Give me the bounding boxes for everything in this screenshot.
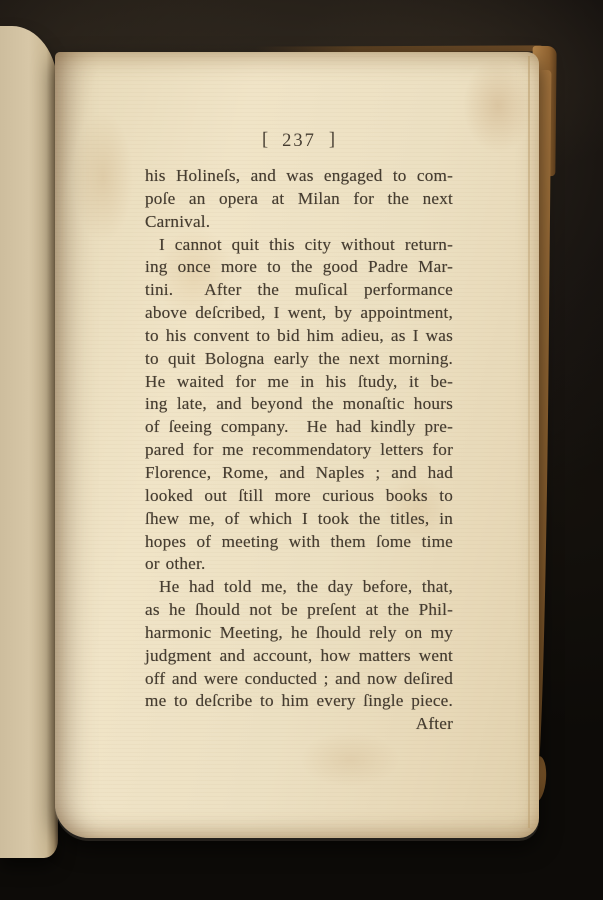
text-line: his Holineſs, and was engaged to com- [145, 165, 453, 188]
text-line: as he ſhould not be preſent at the Phil- [145, 599, 453, 622]
paper-stain [73, 112, 133, 242]
text-line: He had told me, the day before, that, [145, 576, 453, 599]
book-page: [237] his Holineſs, and was engaged to c… [55, 52, 539, 838]
page-number-digits: 237 [282, 131, 316, 151]
text-line: Florence, Rome, and Naples ; and had [145, 462, 453, 485]
text-line: of ſeeing company. He had kindly pre- [145, 416, 453, 439]
paper-stain [463, 58, 533, 153]
text-line: to his convent to bid him adieu, as I wa… [145, 325, 453, 348]
paper-stain [300, 732, 400, 787]
page-number-open-bracket: [ [262, 130, 269, 150]
text-line: poſe an opera at Milan for the next [145, 188, 453, 211]
page-number: [237] [145, 130, 453, 151]
text-line: hopes of meeting with them ſome time [145, 531, 453, 554]
text-line: or other. [145, 553, 453, 576]
text-line: ing once more to the good Padre Mar- [145, 256, 453, 279]
text-line: ing late, and beyond the monaſtic hours [145, 393, 453, 416]
photo-background: [237] his Holineſs, and was engaged to c… [0, 0, 603, 900]
page-number-close-bracket: ] [329, 130, 336, 150]
text-line: off and were conducted ; and now deſired [145, 668, 453, 691]
text-line: judgment and account, how matters went [145, 645, 453, 668]
text-line: harmonic Meeting, he ſhould rely on my [145, 622, 453, 645]
text-line: me to deſcribe to him every ſingle piece… [145, 690, 453, 713]
text-line: I cannot quit this city without return- [145, 234, 453, 257]
text-line: pared for me recommendatory letters for [145, 439, 453, 462]
page-text: his Holineſs, and was engaged to com-poſ… [145, 165, 453, 736]
text-line: above deſcribed, I went, by appointment, [145, 302, 453, 325]
text-line: After [145, 713, 453, 736]
text-line: to quit Bologna early the next morning. [145, 348, 453, 371]
text-line: Carnival. [145, 211, 453, 234]
text-line: ſhew me, of which I took the titles, in [145, 508, 453, 531]
under-page-edge-line [528, 56, 530, 828]
text-line: tini. After the muſical performance [145, 279, 453, 302]
text-line: He waited for me in his ſtudy, it be- [145, 371, 453, 394]
facing-page-edge [0, 26, 58, 858]
text-line: looked out ſtill more curious books to [145, 485, 453, 508]
